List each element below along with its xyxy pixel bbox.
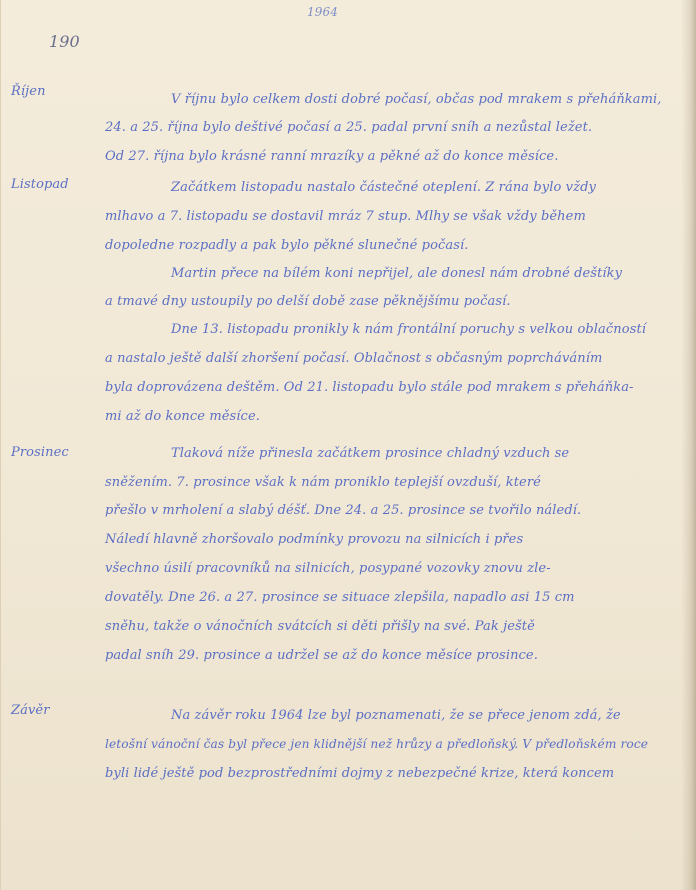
text-line: padal sníh 29. prosince a udržel se až d… <box>105 648 538 663</box>
text-line: Tlaková níže přinesla začátkem prosince … <box>171 446 569 461</box>
text-line: V říjnu bylo celkem dosti dobré počasí, … <box>171 92 662 107</box>
section-label-zaver: Závěr <box>11 703 50 718</box>
text-line: byla doprovázena deštěm. Od 21. listopad… <box>105 380 634 395</box>
text-line: Náledí hlavně zhoršovalo podmínky provoz… <box>105 532 523 547</box>
text-line: a nastalo ještě další zhoršení počasí. O… <box>105 351 602 366</box>
text-line: mi až do konce měsíce. <box>105 409 260 424</box>
text-line: letošní vánoční čas byl přece jen klidně… <box>105 737 648 751</box>
text-line: Dne 13. listopadu pronikly k nám frontál… <box>171 322 646 337</box>
text-line: Martin přece na bílém koni nepřijel, ale… <box>171 266 622 281</box>
text-line: 24. a 25. října bylo deštivé počasí a 25… <box>105 120 592 135</box>
text-line: mlhavo a 7. listopadu se dostavil mráz 7… <box>105 209 586 224</box>
text-line: Na závěr roku 1964 lze byl poznamenati, … <box>171 708 621 723</box>
text-line: byli lidé ještě pod bezprostředními dojm… <box>105 766 614 781</box>
year-heading: 1964 <box>307 5 338 19</box>
chronicle-page: 1964 190 Říjen V říjnu bylo celkem dosti… <box>0 0 696 890</box>
text-line: přešlo v mrholení a slabý déšť. Dne 24. … <box>105 503 581 518</box>
month-label-prosinec: Prosinec <box>11 445 69 460</box>
text-line: Od 27. října bylo krásné ranní mrazíky a… <box>105 149 558 164</box>
text-line: všechno úsilí pracovníků na silnicích, p… <box>105 561 551 576</box>
text-line: a tmavé dny ustoupily po delší době zase… <box>105 294 511 309</box>
text-line: dovatěly. Dne 26. a 27. prosince se situ… <box>105 590 575 605</box>
month-label-rijen: Říjen <box>11 84 46 99</box>
text-line: sněžením. 7. prosince však k nám pronikl… <box>105 475 541 490</box>
text-line: Začátkem listopadu nastalo částečné otep… <box>171 180 596 195</box>
text-line: sněhu, takže o vánočních svátcích si dět… <box>105 619 535 634</box>
text-line: dopoledne rozpadly a pak bylo pěkné slun… <box>105 238 469 253</box>
month-label-listopad: Listopad <box>11 177 69 192</box>
page-number: 190 <box>49 32 80 51</box>
